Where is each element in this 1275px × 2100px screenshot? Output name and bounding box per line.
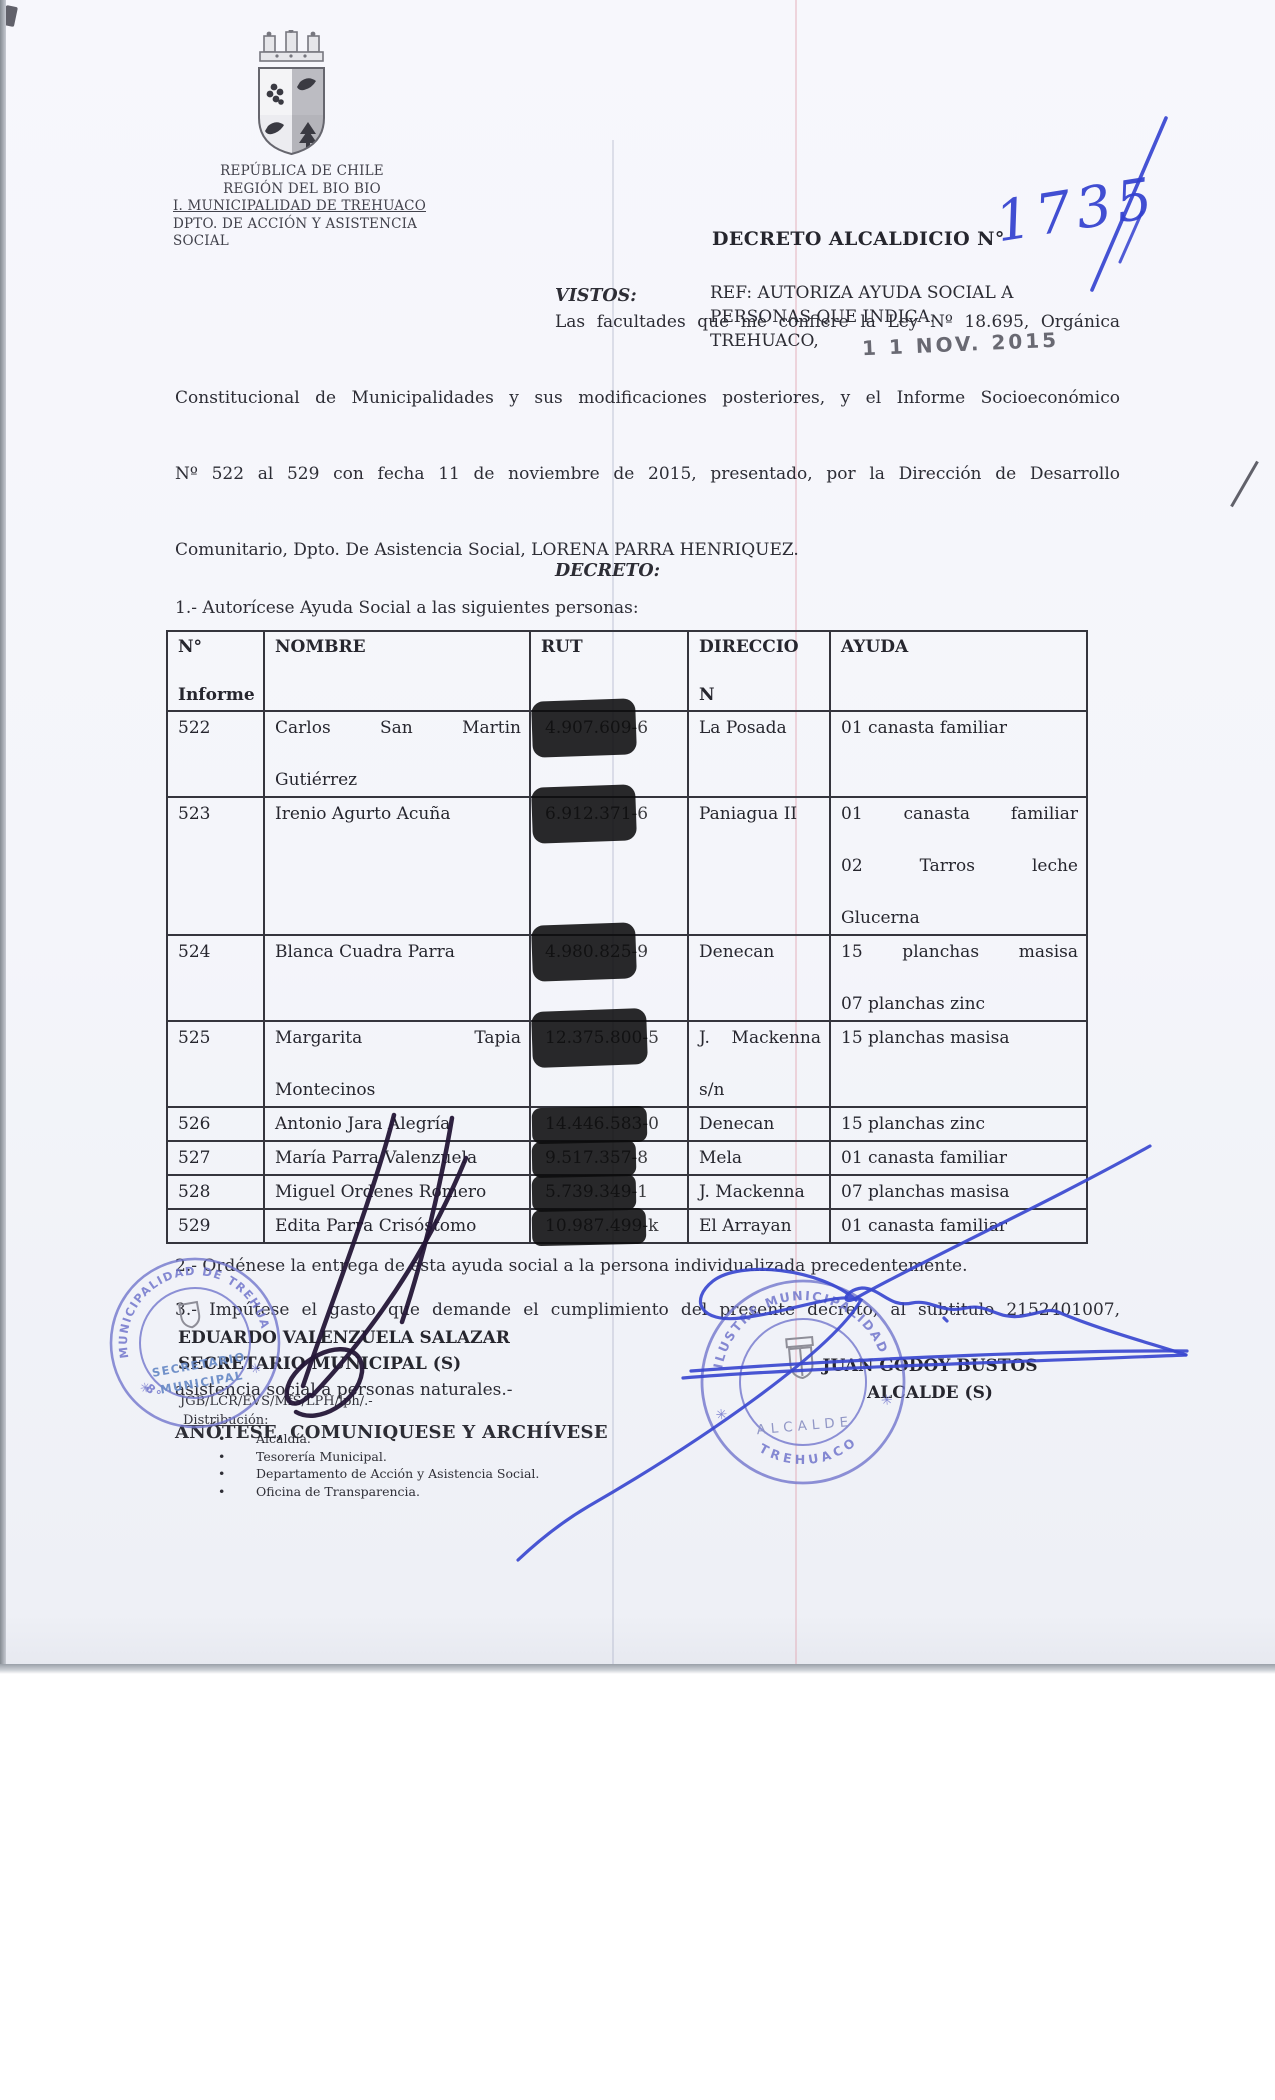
cell-rut: 14.446.583-0 xyxy=(530,1107,688,1141)
cell-rut: 6.912.371-6 xyxy=(530,797,688,935)
letterhead-municipality: I. MUNICIPALIDAD DE TREHUACO xyxy=(173,198,431,216)
cell-ayuda: 01 canasta familiar02 Tarros lecheGlucer… xyxy=(830,797,1087,935)
letterhead-country: REPÚBLICA DE CHILE xyxy=(173,163,431,181)
cell-nombre: Antonio Jara Alegría xyxy=(264,1107,530,1141)
distribution-label: Distribución: xyxy=(183,1413,269,1428)
bullet-icon: • xyxy=(218,1483,256,1501)
table-row: 523Irenio Agurto Acuña6.912.371-6Paniagu… xyxy=(167,797,1087,935)
cell-ayuda: 01 canasta familiar xyxy=(830,1141,1087,1175)
cell-direccion: El Arrayan xyxy=(688,1209,830,1243)
bullet-icon: • xyxy=(218,1430,256,1448)
cell-informe: 525 xyxy=(167,1021,264,1107)
cell-informe: 528 xyxy=(167,1175,264,1209)
cell-ayuda: 01 canasta familiar xyxy=(830,1209,1087,1243)
paper-sheet: REPÚBLICA DE CHILE REGIÓN DEL BIO BIO I.… xyxy=(0,0,1275,1664)
list-item: •Departamento de Acción y Asistencia Soc… xyxy=(218,1465,539,1483)
cell-direccion: Paniagua II xyxy=(688,797,830,935)
rut-redacted: 5.739.349-1 xyxy=(541,1179,652,1205)
decree-item-1: 1.- Autorícese Ayuda Social a las siguie… xyxy=(175,598,639,618)
decree-body: N°Informe NOMBRE RUT DIRECCION AYUDA 522… xyxy=(166,630,1120,1443)
decreto-label: DECRETO: xyxy=(555,561,660,581)
paper-bottom-edge-shadow xyxy=(0,1664,1275,1674)
list-item: •Oficina de Transparencia. xyxy=(218,1483,539,1501)
letterhead-region: REGIÓN DEL BIO BIO xyxy=(173,181,431,199)
bullet-icon: • xyxy=(218,1465,256,1483)
list-item: •Alcaldía. xyxy=(218,1430,539,1448)
decree-item-2: 2.- Ordénese la entrega de esta ayuda so… xyxy=(175,1252,1120,1280)
municipal-crest-icon xyxy=(250,30,334,156)
rut-redacted: 4.907.609-6 xyxy=(541,715,652,741)
cell-rut: 12.375.800-5 xyxy=(530,1021,688,1107)
cell-informe: 527 xyxy=(167,1141,264,1175)
cell-direccion: Mela xyxy=(688,1141,830,1175)
cell-nombre: Edita Parra Crisóstomo xyxy=(264,1209,530,1243)
rut-redacted: 4.980.825-9 xyxy=(541,939,652,965)
cell-nombre: Miguel Ordenes Romero xyxy=(264,1175,530,1209)
handwritten-decree-number: 1735 xyxy=(991,166,1162,256)
scan-artifact-mark xyxy=(1230,461,1259,508)
cell-ayuda: 07 planchas masisa xyxy=(830,1175,1087,1209)
cell-informe: 522 xyxy=(167,711,264,797)
cell-direccion: Denecan xyxy=(688,1107,830,1141)
distribution-entry: Alcaldía. xyxy=(256,1430,311,1448)
cell-rut: 10.987.499-k xyxy=(530,1209,688,1243)
list-item: •Tesorería Municipal. xyxy=(218,1448,539,1466)
cell-informe: 524 xyxy=(167,935,264,1021)
vistos-paragraph: Las facultades que me confiere la Ley Nº… xyxy=(175,303,1120,569)
right-signatory-title: ALCALDE (S) xyxy=(812,1383,1048,1403)
cell-ayuda: 15 planchas masisa07 planchas zinc xyxy=(830,935,1087,1021)
distribution-entry: Oficina de Transparencia. xyxy=(256,1483,420,1501)
header-informe: N°Informe xyxy=(167,631,264,711)
cell-rut: 9.517.357-8 xyxy=(530,1141,688,1175)
rut-redacted: 12.375.800-5 xyxy=(541,1025,663,1051)
header-direccion: DIRECCION xyxy=(688,631,830,711)
table-row: 526Antonio Jara Alegría14.446.583-0Denec… xyxy=(167,1107,1087,1141)
cell-nombre: María Parra Valenzuela xyxy=(264,1141,530,1175)
rut-redacted: 14.446.583-0 xyxy=(541,1111,663,1137)
cell-rut: 5.739.349-1 xyxy=(530,1175,688,1209)
distribution-list: •Alcaldía. •Tesorería Municipal. •Depart… xyxy=(218,1430,539,1500)
responsibility-initials: JGB/LCR/EVS/MfS/LPH/lph/.- xyxy=(180,1394,373,1409)
distribution-entry: Tesorería Municipal. xyxy=(256,1448,387,1466)
letterhead-department: DPTO. DE ACCIÓN Y ASISTENCIA SOCIAL xyxy=(173,216,431,251)
left-signatory-title: SECRETARIO MUNICIPAL (S) xyxy=(178,1354,461,1374)
left-signatory-name: EDUARDO VALENZUELA SALAZAR xyxy=(178,1328,510,1348)
cell-direccion: J. Mackennas/n xyxy=(688,1021,830,1107)
bullet-icon: • xyxy=(218,1448,256,1466)
right-signatory-name: JUAN GODOY BUSTOS xyxy=(812,1356,1048,1376)
table-row: 522Carlos San MartinGutiérrez4.907.609-6… xyxy=(167,711,1087,797)
cell-informe: 526 xyxy=(167,1107,264,1141)
header-ayuda: AYUDA xyxy=(830,631,1087,711)
paper-left-edge-shadow xyxy=(0,0,6,1664)
cell-direccion: La Posada xyxy=(688,711,830,797)
cell-rut: 4.980.825-9 xyxy=(530,935,688,1021)
table-row: 529Edita Parra Crisóstomo10.987.499-kEl … xyxy=(167,1209,1087,1243)
cell-nombre: Irenio Agurto Acuña xyxy=(264,797,530,935)
scanned-decree-page: REPÚBLICA DE CHILE REGIÓN DEL BIO BIO I.… xyxy=(0,0,1275,2100)
ref-line: REF: AUTORIZA AYUDA SOCIAL A xyxy=(710,281,1013,305)
cell-nombre: Carlos San MartinGutiérrez xyxy=(264,711,530,797)
rut-redacted: 10.987.499-k xyxy=(541,1213,662,1239)
header-nombre: NOMBRE xyxy=(264,631,530,711)
decree-table-body: 522Carlos San MartinGutiérrez4.907.609-6… xyxy=(167,711,1087,1243)
cell-informe: 529 xyxy=(167,1209,264,1243)
decree-title: DECRETO ALCALDICIO N° xyxy=(712,228,1005,250)
rut-redacted: 9.517.357-8 xyxy=(541,1145,652,1171)
table-row: 527María Parra Valenzuela9.517.357-8Mela… xyxy=(167,1141,1087,1175)
distribution-entry: Departamento de Acción y Asistencia Soci… xyxy=(256,1465,539,1483)
cell-informe: 523 xyxy=(167,797,264,935)
table-row: 525Margarita TapiaMontecinos12.375.800-5… xyxy=(167,1021,1087,1107)
rut-redacted: 6.912.371-6 xyxy=(541,801,652,827)
cell-ayuda: 15 planchas zinc xyxy=(830,1107,1087,1141)
aid-table: N°Informe NOMBRE RUT DIRECCION AYUDA 522… xyxy=(166,630,1088,1244)
cell-ayuda: 01 canasta familiar xyxy=(830,711,1087,797)
cell-direccion: J. Mackenna xyxy=(688,1175,830,1209)
table-row: 528Miguel Ordenes Romero5.739.349-1J. Ma… xyxy=(167,1175,1087,1209)
cell-nombre: Blanca Cuadra Parra xyxy=(264,935,530,1021)
cell-direccion: Denecan xyxy=(688,935,830,1021)
cell-nombre: Margarita TapiaMontecinos xyxy=(264,1021,530,1107)
cell-ayuda: 15 planchas masisa xyxy=(830,1021,1087,1107)
letterhead: REPÚBLICA DE CHILE REGIÓN DEL BIO BIO I.… xyxy=(173,163,431,251)
